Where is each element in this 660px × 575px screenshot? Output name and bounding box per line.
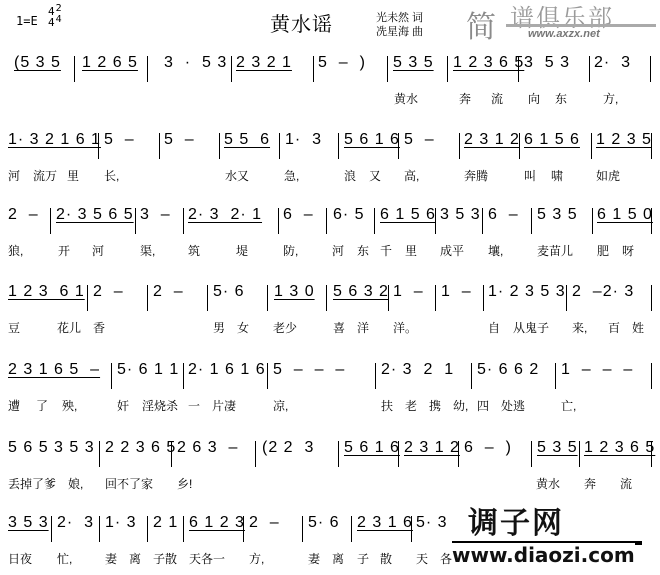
watermark-logo-url: www.axzx.net	[528, 28, 600, 40]
measure: 1 2 3 6 1	[8, 283, 85, 313]
measure: 2 –	[93, 283, 124, 313]
bar-line	[435, 208, 436, 234]
lyric: 忙,	[57, 550, 72, 567]
measure: 5 3 5	[537, 439, 578, 469]
watermark-logo-bar	[506, 24, 656, 27]
lyric: 遭	[8, 397, 20, 414]
bar-line	[207, 285, 208, 311]
lyric: 河	[8, 167, 20, 184]
measure: 5 6 1 6	[344, 439, 400, 469]
lyric: 河	[332, 242, 344, 259]
lyric: 流万	[33, 167, 57, 184]
lyric: 子散	[153, 550, 177, 567]
measure: 5 –	[104, 131, 135, 161]
bar-line	[482, 208, 483, 234]
measure: 2 –	[8, 206, 39, 236]
bar-line	[447, 56, 448, 82]
measure: 5· 6 6 2	[477, 361, 539, 391]
time-sig-b-num: 2	[56, 3, 62, 14]
bar-line	[279, 133, 280, 159]
bar-line	[388, 285, 389, 311]
bar-line	[243, 516, 244, 542]
bar-line	[651, 133, 652, 159]
watermark-bottom-text: 调子网	[468, 498, 564, 542]
measure: 5· 3	[416, 514, 448, 544]
lyric: 乡!	[177, 475, 192, 492]
measure: 5· 6 1 1	[117, 361, 179, 391]
watermark-bottom-url: www.diaozi.com	[452, 543, 635, 567]
measure: 5· 6	[213, 283, 245, 313]
bar-line	[589, 56, 590, 82]
lyric: 来,	[572, 319, 587, 336]
lyric: 香	[93, 319, 105, 336]
bar-line	[651, 441, 652, 467]
bar-line	[351, 516, 352, 542]
lyric: 又	[369, 167, 381, 184]
lyric: 方,	[603, 90, 618, 107]
lyric: 向	[528, 90, 540, 107]
lyric: 花儿	[57, 319, 81, 336]
bar-line	[374, 208, 375, 234]
lyric: 壤,	[488, 242, 503, 259]
lyric: 洋	[357, 319, 369, 336]
measure: 1 2 3 5	[596, 131, 652, 161]
bar-line	[50, 208, 51, 234]
lyric: 东	[357, 242, 369, 259]
lyric: 淫烧杀	[142, 397, 178, 414]
lyric: 娘,	[68, 475, 83, 492]
bar-line	[398, 133, 399, 159]
bar-line	[555, 363, 556, 389]
lyric: 丢掉了爹	[8, 475, 56, 492]
bar-line	[87, 285, 88, 311]
lyric: 如虎	[596, 167, 620, 184]
measure: 2 –2· 3	[572, 283, 634, 313]
time-sig-b-den: 4	[56, 14, 62, 25]
bar-line	[651, 208, 652, 234]
bar-line	[375, 363, 376, 389]
measure: 1 –	[393, 283, 424, 313]
bar-line	[313, 56, 314, 82]
bar-line	[74, 56, 75, 82]
bar-line	[566, 285, 567, 311]
measure: 2· 3 2 1	[381, 361, 454, 391]
bar-line	[302, 516, 303, 542]
lyric: 处逃	[501, 397, 525, 414]
lyric: 千	[380, 242, 392, 259]
lyric: 各	[440, 550, 452, 567]
measure: 5 – )	[318, 54, 366, 84]
measure: 3 · 5 3	[164, 54, 227, 84]
measure: 1 –	[441, 283, 472, 313]
bar-line	[483, 285, 484, 311]
bar-line	[651, 285, 652, 311]
lyric: 回不了家	[105, 475, 153, 492]
bar-line	[147, 516, 148, 542]
measure: 2 3 1 6	[357, 514, 413, 544]
bar-line	[519, 133, 520, 159]
measure: 2 3 2 1	[236, 54, 292, 84]
measure: 2· 3 5 6 5	[56, 206, 134, 236]
bar-line	[183, 516, 184, 542]
measure: 1 2 6 5	[82, 54, 138, 84]
bar-line	[267, 363, 268, 389]
lyric: 奔腾	[464, 167, 488, 184]
measure: 2· 3	[594, 54, 631, 84]
lyric: 奸	[117, 397, 129, 414]
lyric: 高,	[404, 167, 419, 184]
lyric: 肥	[597, 242, 609, 259]
bar-line	[338, 133, 339, 159]
lyric: 流	[491, 90, 503, 107]
lyric: 幼,	[453, 397, 468, 414]
lyric: 成平	[440, 242, 464, 259]
composer: 冼星海 曲	[376, 25, 423, 39]
lyric: 凉,	[273, 397, 288, 414]
credits: 光未然 词 冼星海 曲	[376, 11, 423, 39]
lyric: 扶	[381, 397, 393, 414]
bar-line	[338, 441, 339, 467]
lyric: 狼,	[8, 242, 23, 259]
bar-line	[51, 516, 52, 542]
bar-line	[98, 133, 99, 159]
lyric: 呀	[622, 242, 634, 259]
song-title: 黄水谣	[270, 8, 333, 37]
measure: 6 1 5 6	[380, 206, 436, 236]
lyric: 离	[129, 550, 141, 567]
lyric: 喜	[333, 319, 345, 336]
lyric: 防,	[283, 242, 298, 259]
measure: 6· 5	[333, 206, 365, 236]
measure: 1· 2 3 5 3	[488, 283, 566, 313]
bar-line	[171, 441, 172, 467]
measure: 1 3 0	[274, 283, 315, 313]
measure: 3 5 3	[8, 514, 49, 544]
bar-line	[159, 133, 160, 159]
measure: 5 6 1 6	[344, 131, 400, 161]
time-sig-a-den: 4	[48, 17, 55, 28]
measure: 6 1 2 3	[189, 514, 245, 544]
measure: 2 –	[249, 514, 280, 544]
time-signature: 4424	[48, 6, 78, 28]
bar-line	[255, 441, 256, 467]
bar-line	[651, 363, 652, 389]
bar-line	[147, 56, 148, 82]
measure: (2 2 3	[262, 439, 314, 469]
lyric: 急,	[284, 167, 299, 184]
lyric: 男	[213, 319, 225, 336]
lyric: 开	[58, 242, 70, 259]
lyric: 女	[237, 319, 249, 336]
measure: 2 3 1 2	[404, 439, 460, 469]
lyric: 奔	[459, 90, 471, 107]
bar-line	[531, 208, 532, 234]
lyric: 了	[36, 397, 48, 414]
measure: 2 –	[153, 283, 184, 313]
lyric: 百	[608, 319, 620, 336]
measure: (5 3 5	[14, 54, 61, 84]
measure: 1· 3	[285, 131, 322, 161]
measure: 1· 3 2 1 6 1	[8, 131, 101, 161]
measure: 5 –	[404, 131, 435, 161]
bar-line	[592, 208, 593, 234]
bar-line	[135, 208, 136, 234]
lyric: 亡,	[561, 397, 576, 414]
bar-line	[650, 56, 651, 82]
measure: 1 2 3 6 5	[453, 54, 524, 84]
measure: 5 –	[164, 131, 195, 161]
lyric: 方,	[249, 550, 264, 567]
lyric: 东	[555, 90, 567, 107]
bar-line	[435, 285, 436, 311]
lyric: 老少	[273, 319, 297, 336]
lyric: 叫	[524, 167, 536, 184]
measure: 3 5 3	[524, 54, 570, 84]
bar-line	[518, 56, 519, 82]
lyric: 携	[429, 397, 441, 414]
measure: 5 3 5	[537, 206, 578, 236]
bar-line	[219, 133, 220, 159]
measure: 2· 3	[57, 514, 94, 544]
measure: 2 3 1 2	[464, 131, 520, 161]
measure: 6 –	[488, 206, 519, 236]
lyric: 河	[92, 242, 104, 259]
measure: 6 1 5 6	[524, 131, 580, 161]
measure: 6 –	[283, 206, 314, 236]
bar-line	[111, 363, 112, 389]
lyric: 黄水	[394, 90, 418, 107]
bar-line	[267, 285, 268, 311]
measure: 2 2 3 6 5	[105, 439, 176, 469]
bar-line	[411, 516, 412, 542]
bar-line	[183, 208, 184, 234]
measure: 2· 3 2· 1	[188, 206, 262, 236]
lyric: 奔	[584, 475, 596, 492]
measure: 1 – – –	[561, 361, 633, 391]
measure: 1 2 3 6 5	[584, 439, 655, 469]
measure: 6 – )	[464, 439, 512, 469]
lyric: 豆	[8, 319, 20, 336]
measure: 5 – – –	[273, 361, 345, 391]
lyric: 一	[188, 397, 200, 414]
measure: 3 –	[140, 206, 171, 236]
bar-line	[326, 208, 327, 234]
measure: 2 1	[153, 514, 178, 544]
bar-line	[326, 285, 327, 311]
lyric: 水又	[225, 167, 249, 184]
bar-line	[99, 441, 100, 467]
bar-line	[459, 133, 460, 159]
measure: 5 3 5	[393, 54, 434, 84]
bar-line	[579, 441, 580, 467]
lyric: 子	[357, 550, 369, 567]
measure: 5 6 3 2	[333, 283, 389, 313]
lyric: 啸	[551, 167, 563, 184]
lyric: 散	[380, 550, 392, 567]
bar-line	[147, 285, 148, 311]
lyric: 筑	[188, 242, 200, 259]
measure: 5 6 5 3 5 3	[8, 439, 95, 469]
measure: 3 5 3	[440, 206, 481, 236]
lyric: 日夜	[8, 550, 32, 567]
lyric: 老	[405, 397, 417, 414]
bar-line	[591, 133, 592, 159]
lyric: 自	[488, 319, 500, 336]
lyric: 离	[332, 550, 344, 567]
lyric: 妻	[105, 550, 117, 567]
lyric: 四	[477, 397, 489, 414]
lyric: 片凄	[212, 397, 236, 414]
bar-line	[278, 208, 279, 234]
lyric: 长,	[104, 167, 119, 184]
bar-line	[387, 56, 388, 82]
lyric: 黄水	[536, 475, 560, 492]
measure: 2 6 3 –	[177, 439, 238, 469]
lyric: 堤	[236, 242, 248, 259]
bar-line	[398, 441, 399, 467]
measure: 2· 1 6 1 6	[188, 361, 266, 391]
lyric: 天各一	[189, 550, 225, 567]
measure: 2 3 1 6 5 –	[8, 361, 100, 391]
lyric: 麦苗儿	[537, 242, 573, 259]
lyric: 妻	[308, 550, 320, 567]
lyric: 殃,	[62, 397, 77, 414]
bar-line	[231, 56, 232, 82]
lyricist: 光未然 词	[376, 11, 423, 25]
measure: 5 5 6	[224, 131, 270, 161]
key-signature: 1=E	[16, 14, 38, 28]
bar-line	[458, 441, 459, 467]
bar-line	[183, 363, 184, 389]
lyric: 浪	[344, 167, 356, 184]
lyric: 流	[620, 475, 632, 492]
lyric: 姓	[632, 319, 644, 336]
measure: 6 1 5 0	[597, 206, 653, 236]
measure: 1· 3	[105, 514, 137, 544]
lyric: 渠,	[140, 242, 155, 259]
lyric: 从鬼子	[513, 319, 549, 336]
bar-line	[531, 441, 532, 467]
watermark-logo-char: 简	[466, 2, 496, 46]
lyric: 里	[405, 242, 417, 259]
lyric: 天	[416, 550, 428, 567]
bar-line	[471, 363, 472, 389]
measure: 5· 6	[308, 514, 340, 544]
lyric: 里	[67, 167, 79, 184]
bar-line	[99, 516, 100, 542]
lyric: 洋。	[393, 319, 417, 336]
